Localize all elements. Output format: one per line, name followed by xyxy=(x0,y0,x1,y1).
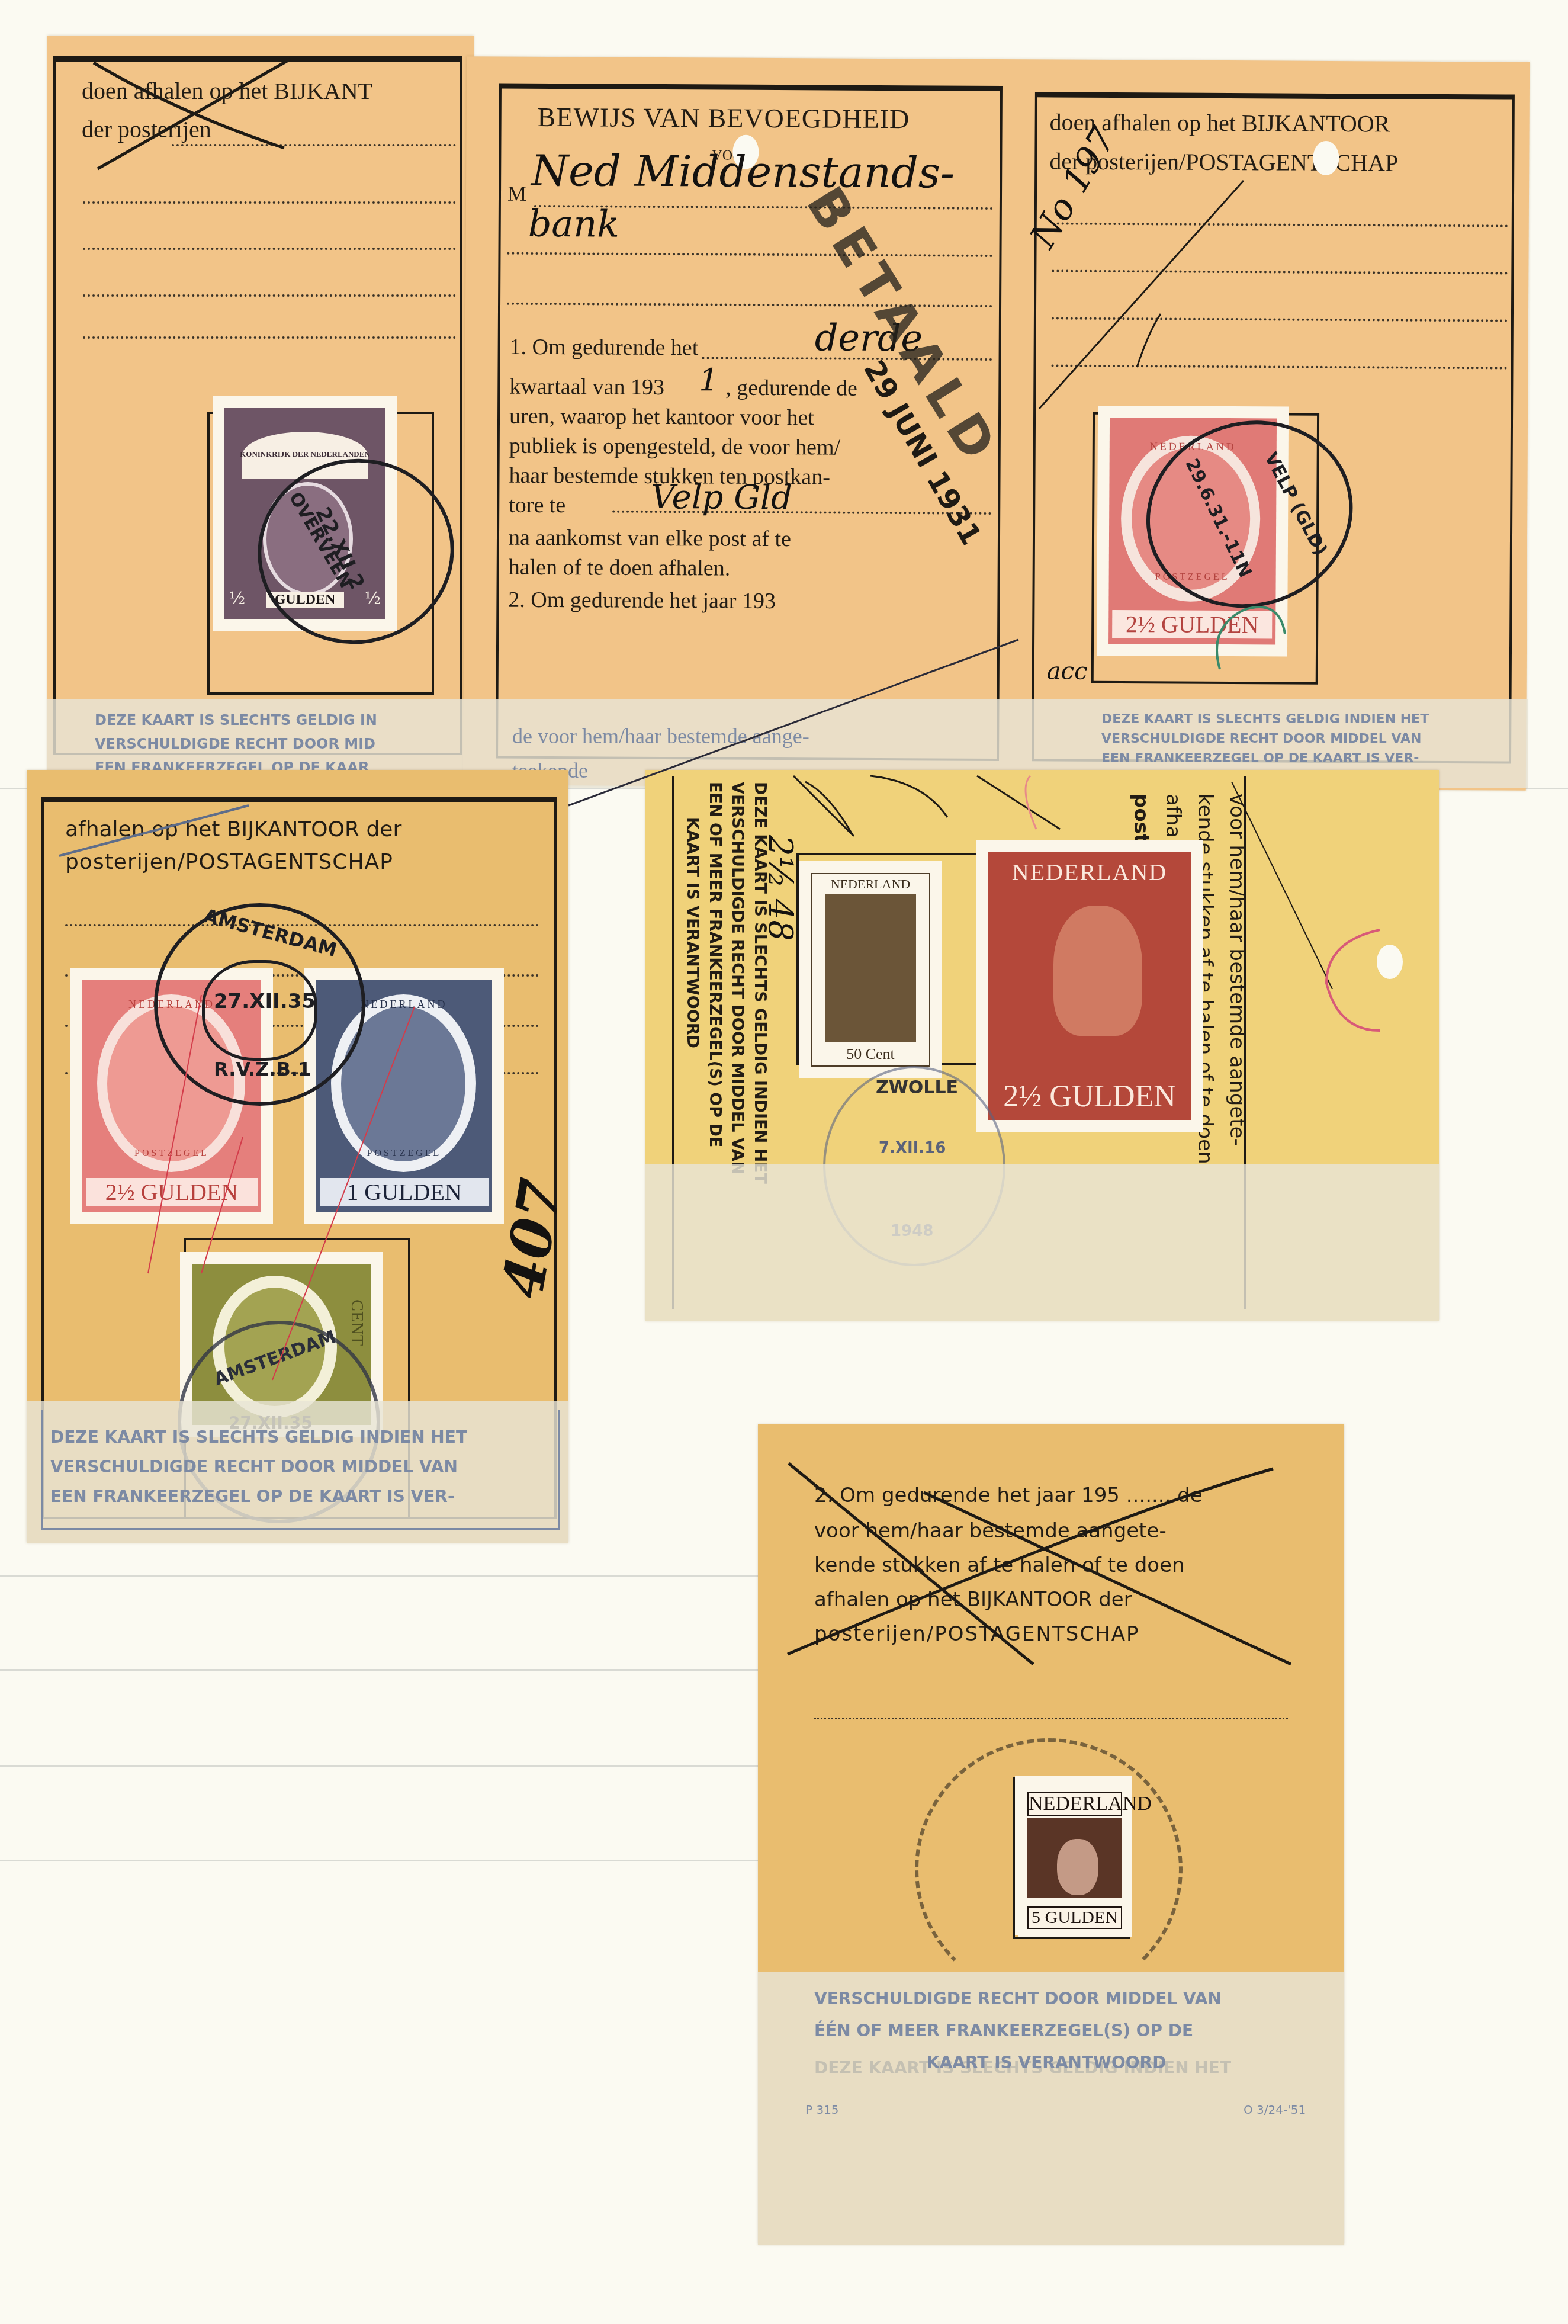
postmark-amsterdam-rvzb: AMSTERDAM 27.XII.35 R.V.Z.B.1 xyxy=(154,903,365,1106)
para1-line9: halen of te doen afhalen. xyxy=(509,554,731,582)
glassine-strip-bottom: VERSCHULDIGDE RECHT DOOR MIDDEL VAN ÉÉN … xyxy=(758,1972,1344,2245)
para1-line2: kwartaal van 193 xyxy=(509,374,664,400)
card6-line2: voor hem/haar bestemde aangete- xyxy=(814,1519,1167,1543)
para1-line8: na aankomst van elke post af te xyxy=(509,525,791,552)
dotted-line xyxy=(814,1718,1288,1719)
album-strip-line xyxy=(0,1765,764,1767)
stamp-5-gulden-portrait: NEDERLAND 5 GULDEN xyxy=(1021,1780,1128,1934)
stamp-value: 2½ GULDEN xyxy=(988,1079,1191,1114)
para1-line7: tore te xyxy=(509,492,565,519)
dotted-line xyxy=(83,294,456,297)
glassine-text: VERSCHULDIGDE RECHT DOOR MIDDEL VAN xyxy=(1101,731,1421,746)
glassine-text: DEZE KAART IS SLECHTS GELDIG IN xyxy=(95,712,377,728)
stamp-50-cent-brown: NEDERLAND 50 Cent xyxy=(802,865,939,1075)
album-strip-line xyxy=(0,1860,764,1861)
glassine-strip-middle-right xyxy=(645,1164,1439,1321)
handwritten-name-2: bank xyxy=(528,202,620,246)
card4-line2: posterijen/POSTAGENTSCHAP xyxy=(65,850,393,874)
glassine-strip-middle-left: DEZE KAART IS SLECHTS GELDIG INDIEN HET … xyxy=(27,1401,568,1543)
stamp-value: 1 GULDEN xyxy=(320,1178,489,1206)
card1-line2: der posterijen xyxy=(82,115,211,143)
stamp-value: 5 GULDEN xyxy=(1027,1906,1122,1929)
form-code: P 315 xyxy=(805,2102,839,2117)
dotted-line xyxy=(83,336,456,339)
punch-hole xyxy=(1313,141,1339,175)
glassine-text: VERSCHULDIGDE RECHT DOOR MID xyxy=(95,736,375,752)
handwritten-name: Ned Middenstands- xyxy=(531,146,955,198)
glassine-text: EEN FRANKEERZEGEL OP DE KAART IS VER- xyxy=(1101,751,1419,766)
handwritten-place: Velp Gld xyxy=(651,478,792,517)
stamp-value: 50 Cent xyxy=(812,1045,929,1063)
stamp-value: CENT xyxy=(347,1299,367,1346)
card4-line1: afhalen op het BIJKANTOOR der xyxy=(65,817,401,842)
stamp-2-5-gulden-red-brown: NEDERLAND 2½ GULDEN xyxy=(980,844,1199,1128)
dotted-line xyxy=(83,201,456,204)
para1-line5: publiek is opengesteld, de voor hem/ xyxy=(509,433,841,461)
stamp-value: 2½ GULDEN xyxy=(1112,610,1272,638)
dotted-line xyxy=(83,248,456,250)
handwritten-note: acc xyxy=(1047,657,1088,685)
card6-line3: kende stukken af te halen of te doen xyxy=(814,1553,1185,1577)
para1-line4: uren, waarop het kantoor voor het xyxy=(509,403,814,431)
glassine-text: DEZE KAART IS SLECHTS GELDIG INDIEN HET xyxy=(1101,712,1429,727)
card-overveen: doen afhalen op het BIJKANT der posterij… xyxy=(47,36,474,782)
dotted-line xyxy=(172,144,456,146)
card6-line1: 2. Om gedurende het jaar 195 ....... de xyxy=(814,1484,1203,1507)
handwritten-note: 2½ 48 xyxy=(761,835,799,941)
stamp-fraction: ½ xyxy=(229,588,245,608)
card2-title: BEWIJS VAN BEVOEGDHEID xyxy=(538,101,910,134)
card1-line1: doen afhalen op het BIJKANT xyxy=(82,77,372,105)
punch-hole xyxy=(1377,945,1403,979)
card6-line5: posterijen/POSTAGENTSCHAP xyxy=(814,1622,1139,1646)
card2-m-label: M xyxy=(507,181,526,206)
album-strip-line xyxy=(0,1575,764,1577)
glassine-text: de voor hem/haar bestemde aange- xyxy=(512,724,809,749)
card6-line4: afhalen op het BIJKANTOOR der xyxy=(814,1588,1132,1612)
handwritten-year: 1 xyxy=(699,362,718,398)
para1-line3: , gedurende de xyxy=(725,375,857,402)
card-bewijs-van-bevoegdheid: BEWIJS VAN BEVOEGDHEID VOOR M Ned Midden… xyxy=(463,56,1530,790)
stamp-top-text: KONINKRIJK DER NEDERLANDEN xyxy=(224,450,385,459)
para2-line1: 2. Om gedurende het jaar 193 xyxy=(508,587,776,614)
para1-line1: 1. Om gedurende het xyxy=(510,334,699,361)
print-code: O 3/24-'51 xyxy=(1244,2102,1306,2117)
album-strip-line xyxy=(0,1669,764,1671)
stamp-value: 2½ GULDEN xyxy=(86,1178,258,1206)
